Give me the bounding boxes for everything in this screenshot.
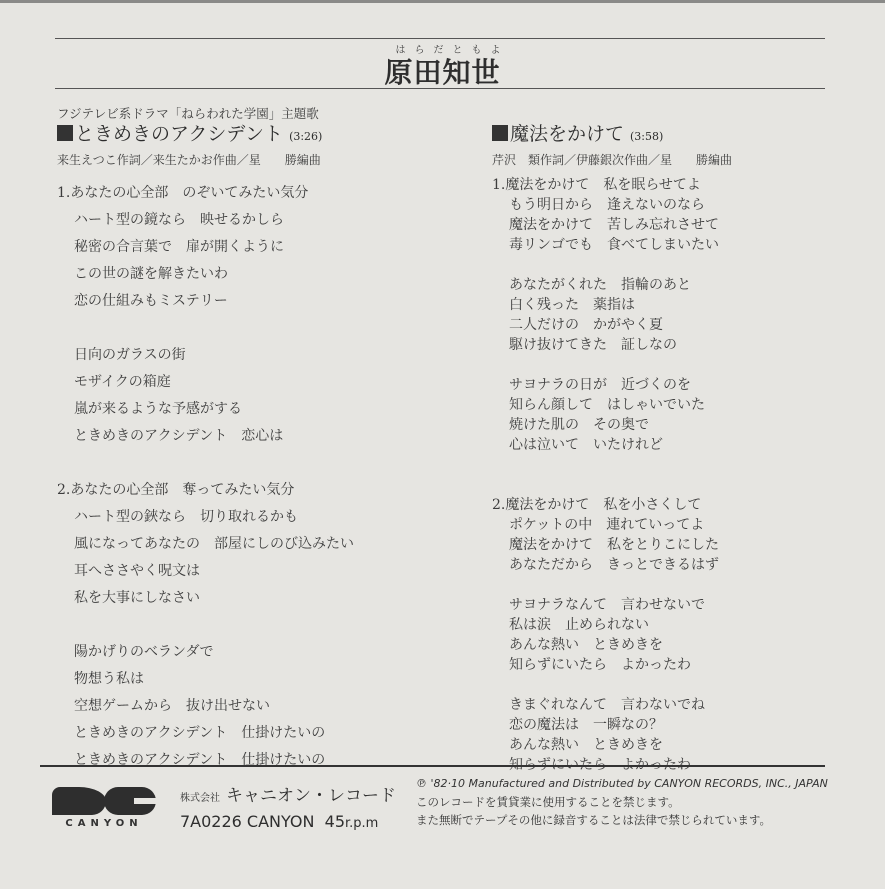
lyric-line: 二人だけの かがやく夏 bbox=[492, 315, 832, 335]
lyric-line bbox=[57, 450, 457, 477]
catalog-number: 7A0226 CANYON bbox=[180, 812, 314, 831]
lyric-line: あなただから きっとできるはず bbox=[492, 555, 832, 575]
lyric-line bbox=[492, 455, 832, 475]
lyric-line: ときめきのアクシデント 仕掛けたいの bbox=[57, 720, 457, 747]
lyric-line: 駆け抜けてきた 証しなの bbox=[492, 335, 832, 355]
lyric-line bbox=[492, 475, 832, 495]
artist-header: はらだともよ 原田知世 bbox=[0, 44, 885, 88]
lyric-line: 耳へささやく呪文は bbox=[57, 558, 457, 585]
square-bullet-icon bbox=[492, 125, 508, 141]
song-1-credits: 来生えつこ作詞／来生たかお作曲／星 勝編曲 bbox=[57, 150, 457, 170]
lyric-line: きまぐれなんて 言わないでね bbox=[492, 695, 832, 715]
song-1-duration: (3:26) bbox=[289, 130, 322, 143]
lyric-line: あんな熱い ときめきを bbox=[492, 635, 832, 655]
lyric-line: ハート型の鏡なら 映せるかしら bbox=[57, 207, 457, 234]
footer-rule bbox=[40, 765, 825, 767]
lyric-line: この世の謎を解きたいわ bbox=[57, 261, 457, 288]
header-rule-top bbox=[55, 38, 825, 39]
lyric-line: 日向のガラスの街 bbox=[57, 342, 457, 369]
lyric-line: 私を大事にしなさい bbox=[57, 585, 457, 612]
logo-text: CANYON bbox=[52, 818, 156, 829]
lyric-line: あんな熱い ときめきを bbox=[492, 735, 832, 755]
lyric-line: 嵐が来るような予感がする bbox=[57, 396, 457, 423]
company-line: 株式会社キャニオン・レコード bbox=[180, 784, 396, 811]
song-2-title: 魔法をかけて bbox=[510, 123, 624, 145]
rental-notice: このレコードを賃貸業に使用することを禁じます。 bbox=[416, 793, 828, 811]
recording-notice: また無断でテープその他に録音することは法律で禁じられています。 bbox=[416, 811, 828, 829]
sleeve-top-edge bbox=[0, 0, 885, 3]
song-2-credits: 芹沢 類作詞／伊藤銀次作曲／星 勝編曲 bbox=[492, 150, 832, 170]
lyric-line: 魔法をかけて 私をとりこにした bbox=[492, 535, 832, 555]
lyric-line bbox=[492, 255, 832, 275]
square-bullet-icon bbox=[57, 125, 73, 141]
song-1-column: フジテレビ系ドラマ「ねらわれた学園」主題歌 ときめきのアクシデント(3:26) … bbox=[57, 106, 457, 774]
lyric-line bbox=[492, 675, 832, 695]
catalog-line: 7A0226 CANYON 45r.p.m bbox=[180, 811, 396, 835]
lyric-line: あなたがくれた 指輪のあと bbox=[492, 275, 832, 295]
lyric-line: 恋の仕組みもミステリー bbox=[57, 288, 457, 315]
canyon-logo: CANYON bbox=[52, 787, 156, 835]
speed: 45 bbox=[325, 812, 345, 831]
lyric-line bbox=[492, 355, 832, 375]
logo-d-shape-icon bbox=[52, 787, 106, 815]
lyric-line: ときめきのアクシデント 恋心は bbox=[57, 423, 457, 450]
song-2-duration: (3:58) bbox=[630, 130, 663, 143]
lyric-line: 知らん顔して はしゃいでいた bbox=[492, 395, 832, 415]
lyric-line: 2.あなたの心全部 奪ってみたい気分 bbox=[57, 477, 457, 504]
manufactured-notice: ℗ '82·10 Manufactured and Distributed by… bbox=[416, 775, 828, 793]
lyric-line bbox=[57, 612, 457, 639]
song-1-lyrics: 1.あなたの心全部 のぞいてみたい気分ハート型の鏡なら 映せるかしら秘密の合言葉… bbox=[57, 180, 457, 774]
lyric-line bbox=[57, 315, 457, 342]
lyric-line: 物想う私は bbox=[57, 666, 457, 693]
lyric-line: 1.魔法をかけて 私を眠らせてよ bbox=[492, 175, 832, 195]
logo-c-notch bbox=[134, 798, 156, 804]
lyric-line: 毒リンゴでも 食べてしまいたい bbox=[492, 235, 832, 255]
lyric-line: 知らずにいたら よかったわ bbox=[492, 655, 832, 675]
lyric-line: ポケットの中 連れていってよ bbox=[492, 515, 832, 535]
song-2-column: 魔法をかけて(3:58) 芹沢 類作詞／伊藤銀次作曲／星 勝編曲 1.魔法をかけ… bbox=[492, 121, 832, 775]
speed-unit: r.p.m bbox=[345, 816, 378, 831]
song-2-title-row: 魔法をかけて(3:58) bbox=[492, 122, 832, 149]
lyric-line: ハート型の鋏なら 切り取れるかも bbox=[57, 504, 457, 531]
lyric-line: 1.あなたの心全部 のぞいてみたい気分 bbox=[57, 180, 457, 207]
artist-name: 原田知世 bbox=[0, 58, 885, 88]
company-prefix: 株式会社 bbox=[180, 793, 220, 804]
lyric-line: サヨナラなんて 言わせないで bbox=[492, 595, 832, 615]
lyric-line: 秘密の合言葉で 扉が開くように bbox=[57, 234, 457, 261]
lyric-line: 空想ゲームから 抜け出せない bbox=[57, 693, 457, 720]
lyric-line: 私は涙 止められない bbox=[492, 615, 832, 635]
lyric-line: 風になってあなたの 部屋にしのび込みたい bbox=[57, 531, 457, 558]
lyric-line: もう明日から 逢えないのなら bbox=[492, 195, 832, 215]
lyric-line: 焼けた肌の その奥で bbox=[492, 415, 832, 435]
lyric-line: 陽かげりのベランダで bbox=[57, 639, 457, 666]
lyric-line: 2.魔法をかけて 私を小さくして bbox=[492, 495, 832, 515]
company-name: キャニオン・レコード bbox=[226, 786, 396, 806]
lyric-line: 白く残った 薬指は bbox=[492, 295, 832, 315]
song-1-tieup: フジテレビ系ドラマ「ねらわれた学園」主題歌 bbox=[57, 106, 457, 121]
song-2-lyrics: 1.魔法をかけて 私を眠らせてよもう明日から 逢えないのなら魔法をかけて 苦しみ… bbox=[492, 175, 832, 775]
lyric-line: 魔法をかけて 苦しみ忘れさせて bbox=[492, 215, 832, 235]
lyric-line: サヨナラの日が 近づくのを bbox=[492, 375, 832, 395]
legal-notice: ℗ '82·10 Manufactured and Distributed by… bbox=[416, 775, 828, 829]
label-info: 株式会社キャニオン・レコード 7A0226 CANYON 45r.p.m bbox=[180, 784, 396, 835]
song-1-title-row: ときめきのアクシデント(3:26) bbox=[57, 122, 457, 149]
lyric-line: ときめきのアクシデント 仕掛けたいの bbox=[57, 747, 457, 774]
lyric-line: モザイクの箱庭 bbox=[57, 369, 457, 396]
song-1-title: ときめきのアクシデント bbox=[75, 123, 283, 145]
lyric-line: 恋の魔法は 一瞬なの？ bbox=[492, 715, 832, 735]
lyric-line bbox=[492, 575, 832, 595]
lyric-line: 心は泣いて いたけれど bbox=[492, 435, 832, 455]
